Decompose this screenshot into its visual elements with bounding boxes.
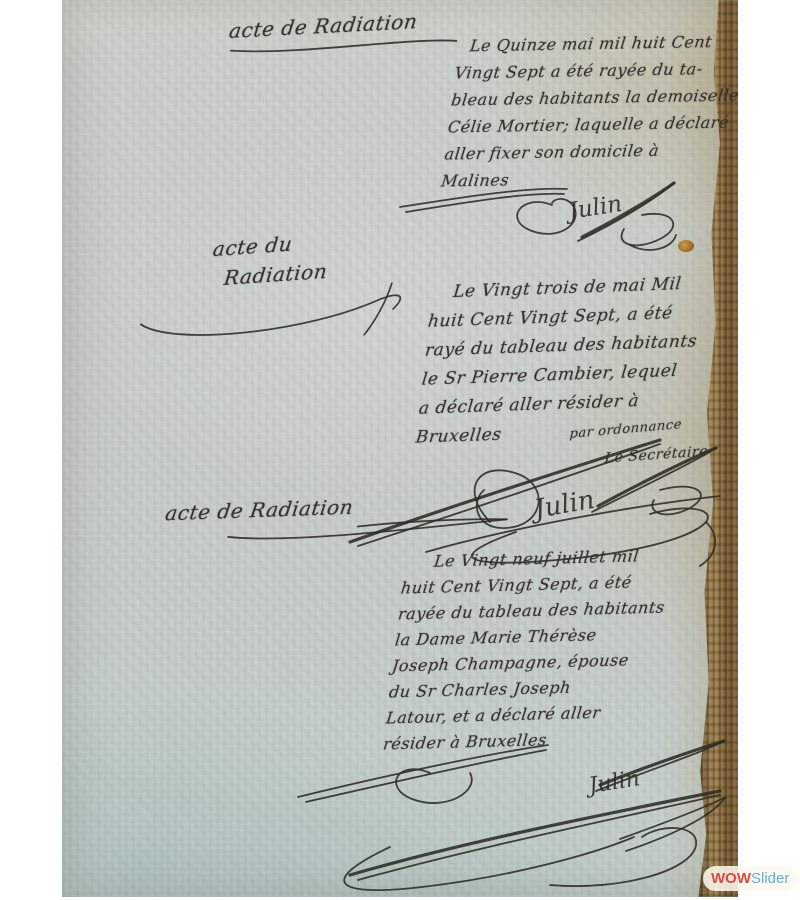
entry1-text: Le Quinze mai mil huit Cent Vingt Sept a…	[440, 28, 748, 195]
signature-flourish-entry1: Julin	[392, 175, 692, 265]
entry3-text: Le Vingt neuf juillet mil huit Cent Ving…	[382, 543, 672, 758]
wowslider-watermark[interactable]: WOWSlider	[703, 866, 797, 891]
watermark-wow: WOW	[711, 866, 751, 891]
heading-underline-flourish	[131, 277, 430, 357]
entry-line: Célie Mortier; laquelle a déclaré	[446, 108, 737, 140]
document-page: acte de Radiation Le Quinze mai mil huit…	[62, 0, 738, 897]
entry2-heading: acte du Radiation	[208, 226, 332, 294]
watermark-slider: Slider	[751, 866, 789, 891]
scanned-document-view: acte de Radiation Le Quinze mai mil huit…	[0, 0, 800, 900]
signature-flourish-entry3: Julin	[290, 735, 740, 895]
entry1-heading: acte de Radiation	[228, 9, 419, 43]
entry3-heading: acte de Radiation	[164, 495, 355, 526]
